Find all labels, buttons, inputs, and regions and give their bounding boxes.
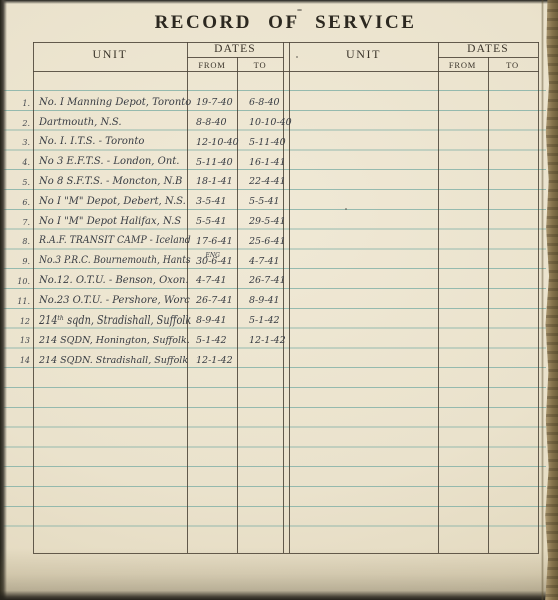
right-to-header: TO [487, 60, 538, 70]
entry-date-from: 19-7-40 [193, 98, 246, 110]
service-entry-row: 12 214ᵗʰ sqdn, Stradishall, Suffolk 8-9-… [0, 308, 300, 328]
service-entries: 1. No. I Manning Depot, Toronto 19-7-40 … [0, 90, 300, 367]
scan-speck [345, 208, 347, 210]
service-entry-row: 6. No I "M" Depot, Debert, N.S. 3-5-41 5… [0, 189, 300, 209]
service-entry-row: 5. No 8 S.F.T.S. - Moncton, N.B 18-1-41 … [0, 169, 300, 189]
service-entry-row: 2. Dartmouth, N.S. 8-8-40 10-10-40 [0, 110, 300, 130]
entry-date-from: 5-11-40 [193, 158, 246, 170]
entry-date-from: 26-7-41 [193, 296, 246, 308]
entry-date-to: 22-4-41 [246, 177, 298, 189]
entry-date-from: 5-5-41 [193, 217, 246, 229]
entry-unit: Dartmouth, N.S. [35, 115, 193, 130]
entry-date-to: 16-1-41 [246, 158, 298, 170]
service-entry-row: 8. R.A.F. TRANSIT CAMP - Iceland 17-6-41… [0, 229, 300, 249]
entry-unit: 214 SQDN, Honington, Suffolk. [35, 333, 193, 348]
entry-date-to: 25-6-41 [246, 237, 298, 249]
entry-unit: No. I Manning Depot, Toronto [35, 95, 193, 110]
entry-date-from: 3-5-41 [193, 197, 246, 209]
entry-date-to: 6-8-40 [246, 98, 298, 110]
entry-unit: No 8 S.F.T.S. - Moncton, N.B [35, 174, 193, 189]
entry-unit: No 3 E.F.T.S. - London, Ont. [35, 154, 193, 169]
entry-unit: No.23 O.T.U. - Pershore, Worc [35, 293, 193, 308]
binding-torn-edge [542, 0, 558, 600]
entry-date-from: 12-1-42 [193, 356, 246, 368]
entry-date-to: 12-1-42 [246, 336, 298, 348]
page-edge-top [0, 0, 558, 4]
entry-date-to: 4-7-41 [246, 257, 298, 269]
entry-unit: No. I. I.T.S. - Toronto [35, 134, 193, 149]
page-edge-bottom [0, 548, 558, 600]
left-dates-header: DATES [187, 43, 283, 55]
entry-date-to: 5-11-40 [246, 138, 298, 150]
entry-date-to: 8-9-41 [246, 296, 298, 308]
service-entry-row: 10. No.12. O.T.U. - Benson, Oxon. 4-7-41… [0, 268, 300, 288]
service-entry-row: 1. No. I Manning Depot, Toronto 19-7-40 … [0, 90, 300, 110]
left-from-header: FROM [187, 60, 237, 70]
scan-speck [297, 9, 302, 11]
entry-date-to: 5-5-41 [246, 197, 298, 209]
service-entry-row: 7. No I "M" Depot Halifax, N.S 5-5-41 29… [0, 209, 300, 229]
entry-unit: No I "M" Depot Halifax, N.S [35, 214, 193, 229]
left-to-header: TO [237, 60, 283, 70]
left-unit-header: UNIT [33, 47, 187, 62]
entry-unit: No.12. O.T.U. - Benson, Oxon. [35, 273, 193, 288]
service-entry-row: 4. No 3 E.F.T.S. - London, Ont. 5-11-40 … [0, 149, 300, 169]
entry-date-to: 5-1-42 [246, 316, 298, 328]
right-dates-header: DATES [438, 43, 538, 55]
right-dates-underline [438, 57, 538, 58]
left-dates-underline [187, 57, 284, 58]
entry-date-from: 5-1-42 [193, 336, 246, 348]
entry-date-to: 29-5-41 [246, 217, 298, 229]
entry-date-to [246, 356, 298, 368]
page-edge-left [0, 0, 7, 600]
binding-seam [541, 0, 544, 600]
entry-unit: No.3 P.R.C. Bournemouth, HantsENG [35, 253, 193, 268]
page-title: RECORD OF SERVICE [33, 12, 538, 34]
service-entry-row: 11. No.23 O.T.U. - Pershore, Worc 26-7-4… [0, 288, 300, 308]
entry-unit: 214ᵗʰ sqdn, Stradishall, Suffolk [35, 314, 193, 328]
right-unit-header: UNIT [289, 47, 438, 62]
right-table-unit-dates-divider [438, 42, 439, 553]
entry-date-from: 12-10-40 [193, 138, 246, 150]
entry-unit: 214 SQDN. Stradishall, Suffolk [35, 353, 193, 368]
service-entry-row: 14 214 SQDN. Stradishall, Suffolk 12-1-4… [0, 347, 300, 367]
service-entry-row: 13 214 SQDN, Honington, Suffolk. 5-1-42 … [0, 328, 300, 348]
right-table-right-border [538, 42, 539, 553]
entry-unit: R.A.F. TRANSIT CAMP - Iceland [35, 233, 193, 248]
entry-date-from: 17-6-41 [193, 237, 246, 249]
entry-date-from: 8-8-40 [193, 118, 246, 130]
header-bottom-line [33, 71, 539, 72]
right-from-header: FROM [438, 60, 487, 70]
scan-speck [296, 56, 298, 58]
entry-date-from: 8-9-41 [193, 316, 246, 328]
entry-date-to: 10-10-40 [246, 118, 298, 130]
entry-date-from: 4-7-41 [193, 276, 246, 288]
right-table-from-to-divider [488, 57, 489, 553]
entry-unit: No I "M" Depot, Debert, N.S. [35, 194, 193, 209]
entry-date-from: 30-6-41 [193, 257, 246, 269]
service-entry-row: 9. No.3 P.R.C. Bournemouth, HantsENG 30-… [0, 248, 300, 268]
service-entry-row: 3. No. I. I.T.S. - Toronto 12-10-40 5-11… [0, 130, 300, 150]
record-of-service-page: RECORD OF SERVICE UNIT DATES FROM TO UNI… [0, 0, 558, 600]
entry-date-from: 18-1-41 [193, 177, 246, 189]
entry-date-to: 26-7-41 [246, 276, 298, 288]
